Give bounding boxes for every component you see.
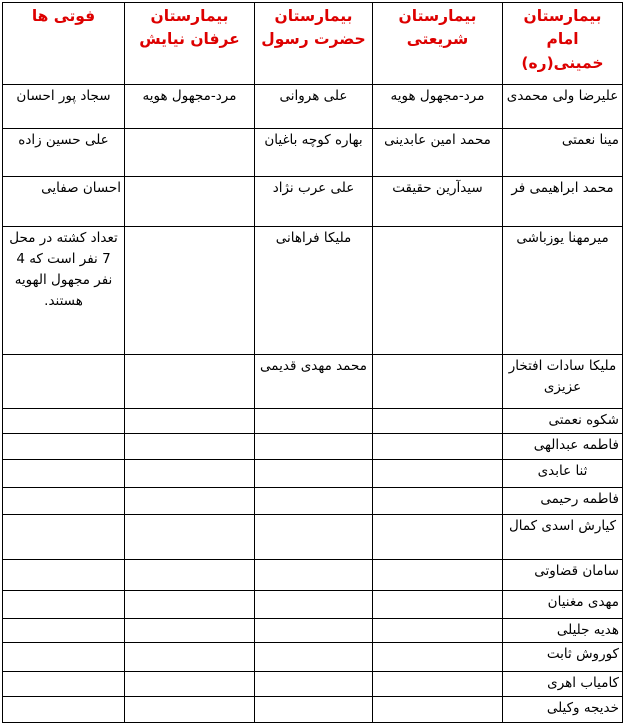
- table-row-12: هدیه جلیلی: [3, 619, 623, 643]
- table-cell-r11-c1: [373, 591, 503, 619]
- table-cell-r0-c1: مرد-مجهول هویه: [373, 85, 503, 129]
- table-row-5: شکوه نعمتی: [3, 409, 623, 434]
- table-cell-r15-c1: [373, 696, 503, 722]
- table-cell-r6-c3: [125, 434, 255, 460]
- table-cell-r7-c0: ثنا عابدی: [503, 460, 623, 488]
- table-cell-r9-c2: [255, 515, 373, 560]
- table-cell-r2-c2: علی عرب نژاد: [255, 177, 373, 227]
- table-cell-r4-c1: [373, 355, 503, 409]
- table-cell-r14-c1: [373, 671, 503, 696]
- table-cell-r12-c3: [125, 619, 255, 643]
- table-cell-r1-c1: محمد امین عابدینی: [373, 129, 503, 177]
- table-cell-r9-c4: [3, 515, 125, 560]
- table-row-9: کیارش اسدی کمال: [3, 515, 623, 560]
- table-cell-r2-c4: احسان صفایی: [3, 177, 125, 227]
- table-cell-r14-c3: [125, 671, 255, 696]
- table-cell-r10-c3: [125, 560, 255, 591]
- table-cell-r1-c2: بهاره کوچه باغیان: [255, 129, 373, 177]
- table-cell-r2-c0: محمد ابراهیمی فر: [503, 177, 623, 227]
- table-cell-r5-c1: [373, 409, 503, 434]
- table-row-13: کوروش ثابت: [3, 642, 623, 671]
- table-cell-r0-c4: سجاد پور احسان: [3, 85, 125, 129]
- table-cell-r6-c2: [255, 434, 373, 460]
- table-row-6: فاطمه عبدالهی: [3, 434, 623, 460]
- table-cell-r10-c1: [373, 560, 503, 591]
- table-cell-r9-c3: [125, 515, 255, 560]
- table-cell-r13-c3: [125, 642, 255, 671]
- table-cell-r9-c0: کیارش اسدی کمال: [503, 515, 623, 560]
- table-cell-r5-c2: [255, 409, 373, 434]
- table-cell-r6-c0: فاطمه عبدالهی: [503, 434, 623, 460]
- table-row-7: ثنا عابدی: [3, 460, 623, 488]
- table-cell-r4-c0: ملیکا سادات افتخار عزیزی: [503, 355, 623, 409]
- table-row-11: مهدی مغنیان: [3, 591, 623, 619]
- table-cell-r15-c2: [255, 696, 373, 722]
- table-header: بیمارستان امام خمینی(ره)بیمارستان شریعتی…: [3, 3, 623, 85]
- table-cell-r7-c1: [373, 460, 503, 488]
- table-cell-r10-c2: [255, 560, 373, 591]
- table-cell-r0-c3: مرد-مجهول هویه: [125, 85, 255, 129]
- table-cell-r3-c4: تعداد کشته در محل 7 نفر است که 4 نفر مجه…: [3, 227, 125, 355]
- table-cell-r4-c2: محمد مهدی قدیمی: [255, 355, 373, 409]
- table-cell-r1-c4: علی حسین زاده: [3, 129, 125, 177]
- table-cell-r5-c0: شکوه نعمتی: [503, 409, 623, 434]
- column-header-3: بیمارستان عرفان نیایش: [125, 3, 255, 85]
- table-cell-r13-c0: کوروش ثابت: [503, 642, 623, 671]
- table-cell-r6-c4: [3, 434, 125, 460]
- table-cell-r12-c2: [255, 619, 373, 643]
- hospital-victims-table: بیمارستان امام خمینی(ره)بیمارستان شریعتی…: [2, 2, 623, 723]
- table-cell-r14-c2: [255, 671, 373, 696]
- table-cell-r8-c4: [3, 488, 125, 515]
- table-cell-r15-c3: [125, 696, 255, 722]
- table-cell-r13-c4: [3, 642, 125, 671]
- table-cell-r5-c3: [125, 409, 255, 434]
- column-header-2: بیمارستان حضرت رسول: [255, 3, 373, 85]
- table-cell-r1-c0: مینا نعمتی: [503, 129, 623, 177]
- table-cell-r10-c0: سامان قضاوتی: [503, 560, 623, 591]
- table-row-3: میرمهنا یوزباشیملیکا فراهانیتعداد کشته د…: [3, 227, 623, 355]
- table-cell-r15-c4: [3, 696, 125, 722]
- table-body: علیرضا ولی محمدیمرد-مجهول هویهعلی هروانی…: [3, 85, 623, 723]
- table-cell-r5-c4: [3, 409, 125, 434]
- column-header-4: فوتی ها: [3, 3, 125, 85]
- header-row: بیمارستان امام خمینی(ره)بیمارستان شریعتی…: [3, 3, 623, 85]
- table-cell-r11-c2: [255, 591, 373, 619]
- table-cell-r0-c0: علیرضا ولی محمدی: [503, 85, 623, 129]
- table-cell-r13-c2: [255, 642, 373, 671]
- table-row-1: مینا نعمتیمحمد امین عابدینیبهاره کوچه با…: [3, 129, 623, 177]
- table-cell-r14-c0: کامیاب اهری: [503, 671, 623, 696]
- table-cell-r3-c2: ملیکا فراهانی: [255, 227, 373, 355]
- table-cell-r3-c1: [373, 227, 503, 355]
- table-cell-r8-c2: [255, 488, 373, 515]
- table-cell-r11-c4: [3, 591, 125, 619]
- table-cell-r12-c0: هدیه جلیلی: [503, 619, 623, 643]
- table-cell-r7-c2: [255, 460, 373, 488]
- column-header-1: بیمارستان شریعتی: [373, 3, 503, 85]
- table-row-0: علیرضا ولی محمدیمرد-مجهول هویهعلی هروانی…: [3, 85, 623, 129]
- table-cell-r8-c0: فاطمه رحیمی: [503, 488, 623, 515]
- table-cell-r9-c1: [373, 515, 503, 560]
- table-cell-r11-c0: مهدی مغنیان: [503, 591, 623, 619]
- table-row-8: فاطمه رحیمی: [3, 488, 623, 515]
- table-cell-r3-c0: میرمهنا یوزباشی: [503, 227, 623, 355]
- table-cell-r12-c4: [3, 619, 125, 643]
- table-row-2: محمد ابراهیمی فرسیدآرین حقیقتعلی عرب نژا…: [3, 177, 623, 227]
- table-cell-r1-c3: [125, 129, 255, 177]
- table-cell-r2-c1: سیدآرین حقیقت: [373, 177, 503, 227]
- table-cell-r8-c3: [125, 488, 255, 515]
- table-cell-r8-c1: [373, 488, 503, 515]
- table-row-14: کامیاب اهری: [3, 671, 623, 696]
- table-cell-r0-c2: علی هروانی: [255, 85, 373, 129]
- table-row-15: خدیجه وکیلی: [3, 696, 623, 722]
- table-cell-r15-c0: خدیجه وکیلی: [503, 696, 623, 722]
- table-cell-r10-c4: [3, 560, 125, 591]
- table-cell-r12-c1: [373, 619, 503, 643]
- table-cell-r7-c3: [125, 460, 255, 488]
- table-row-10: سامان قضاوتی: [3, 560, 623, 591]
- table-cell-r11-c3: [125, 591, 255, 619]
- table-cell-r4-c4: [3, 355, 125, 409]
- table-cell-r7-c4: [3, 460, 125, 488]
- table-row-4: ملیکا سادات افتخار عزیزیمحمد مهدی قدیمی: [3, 355, 623, 409]
- table-cell-r2-c3: [125, 177, 255, 227]
- table-cell-r4-c3: [125, 355, 255, 409]
- table-cell-r14-c4: [3, 671, 125, 696]
- table-cell-r13-c1: [373, 642, 503, 671]
- table-cell-r6-c1: [373, 434, 503, 460]
- table-cell-r3-c3: [125, 227, 255, 355]
- column-header-0: بیمارستان امام خمینی(ره): [503, 3, 623, 85]
